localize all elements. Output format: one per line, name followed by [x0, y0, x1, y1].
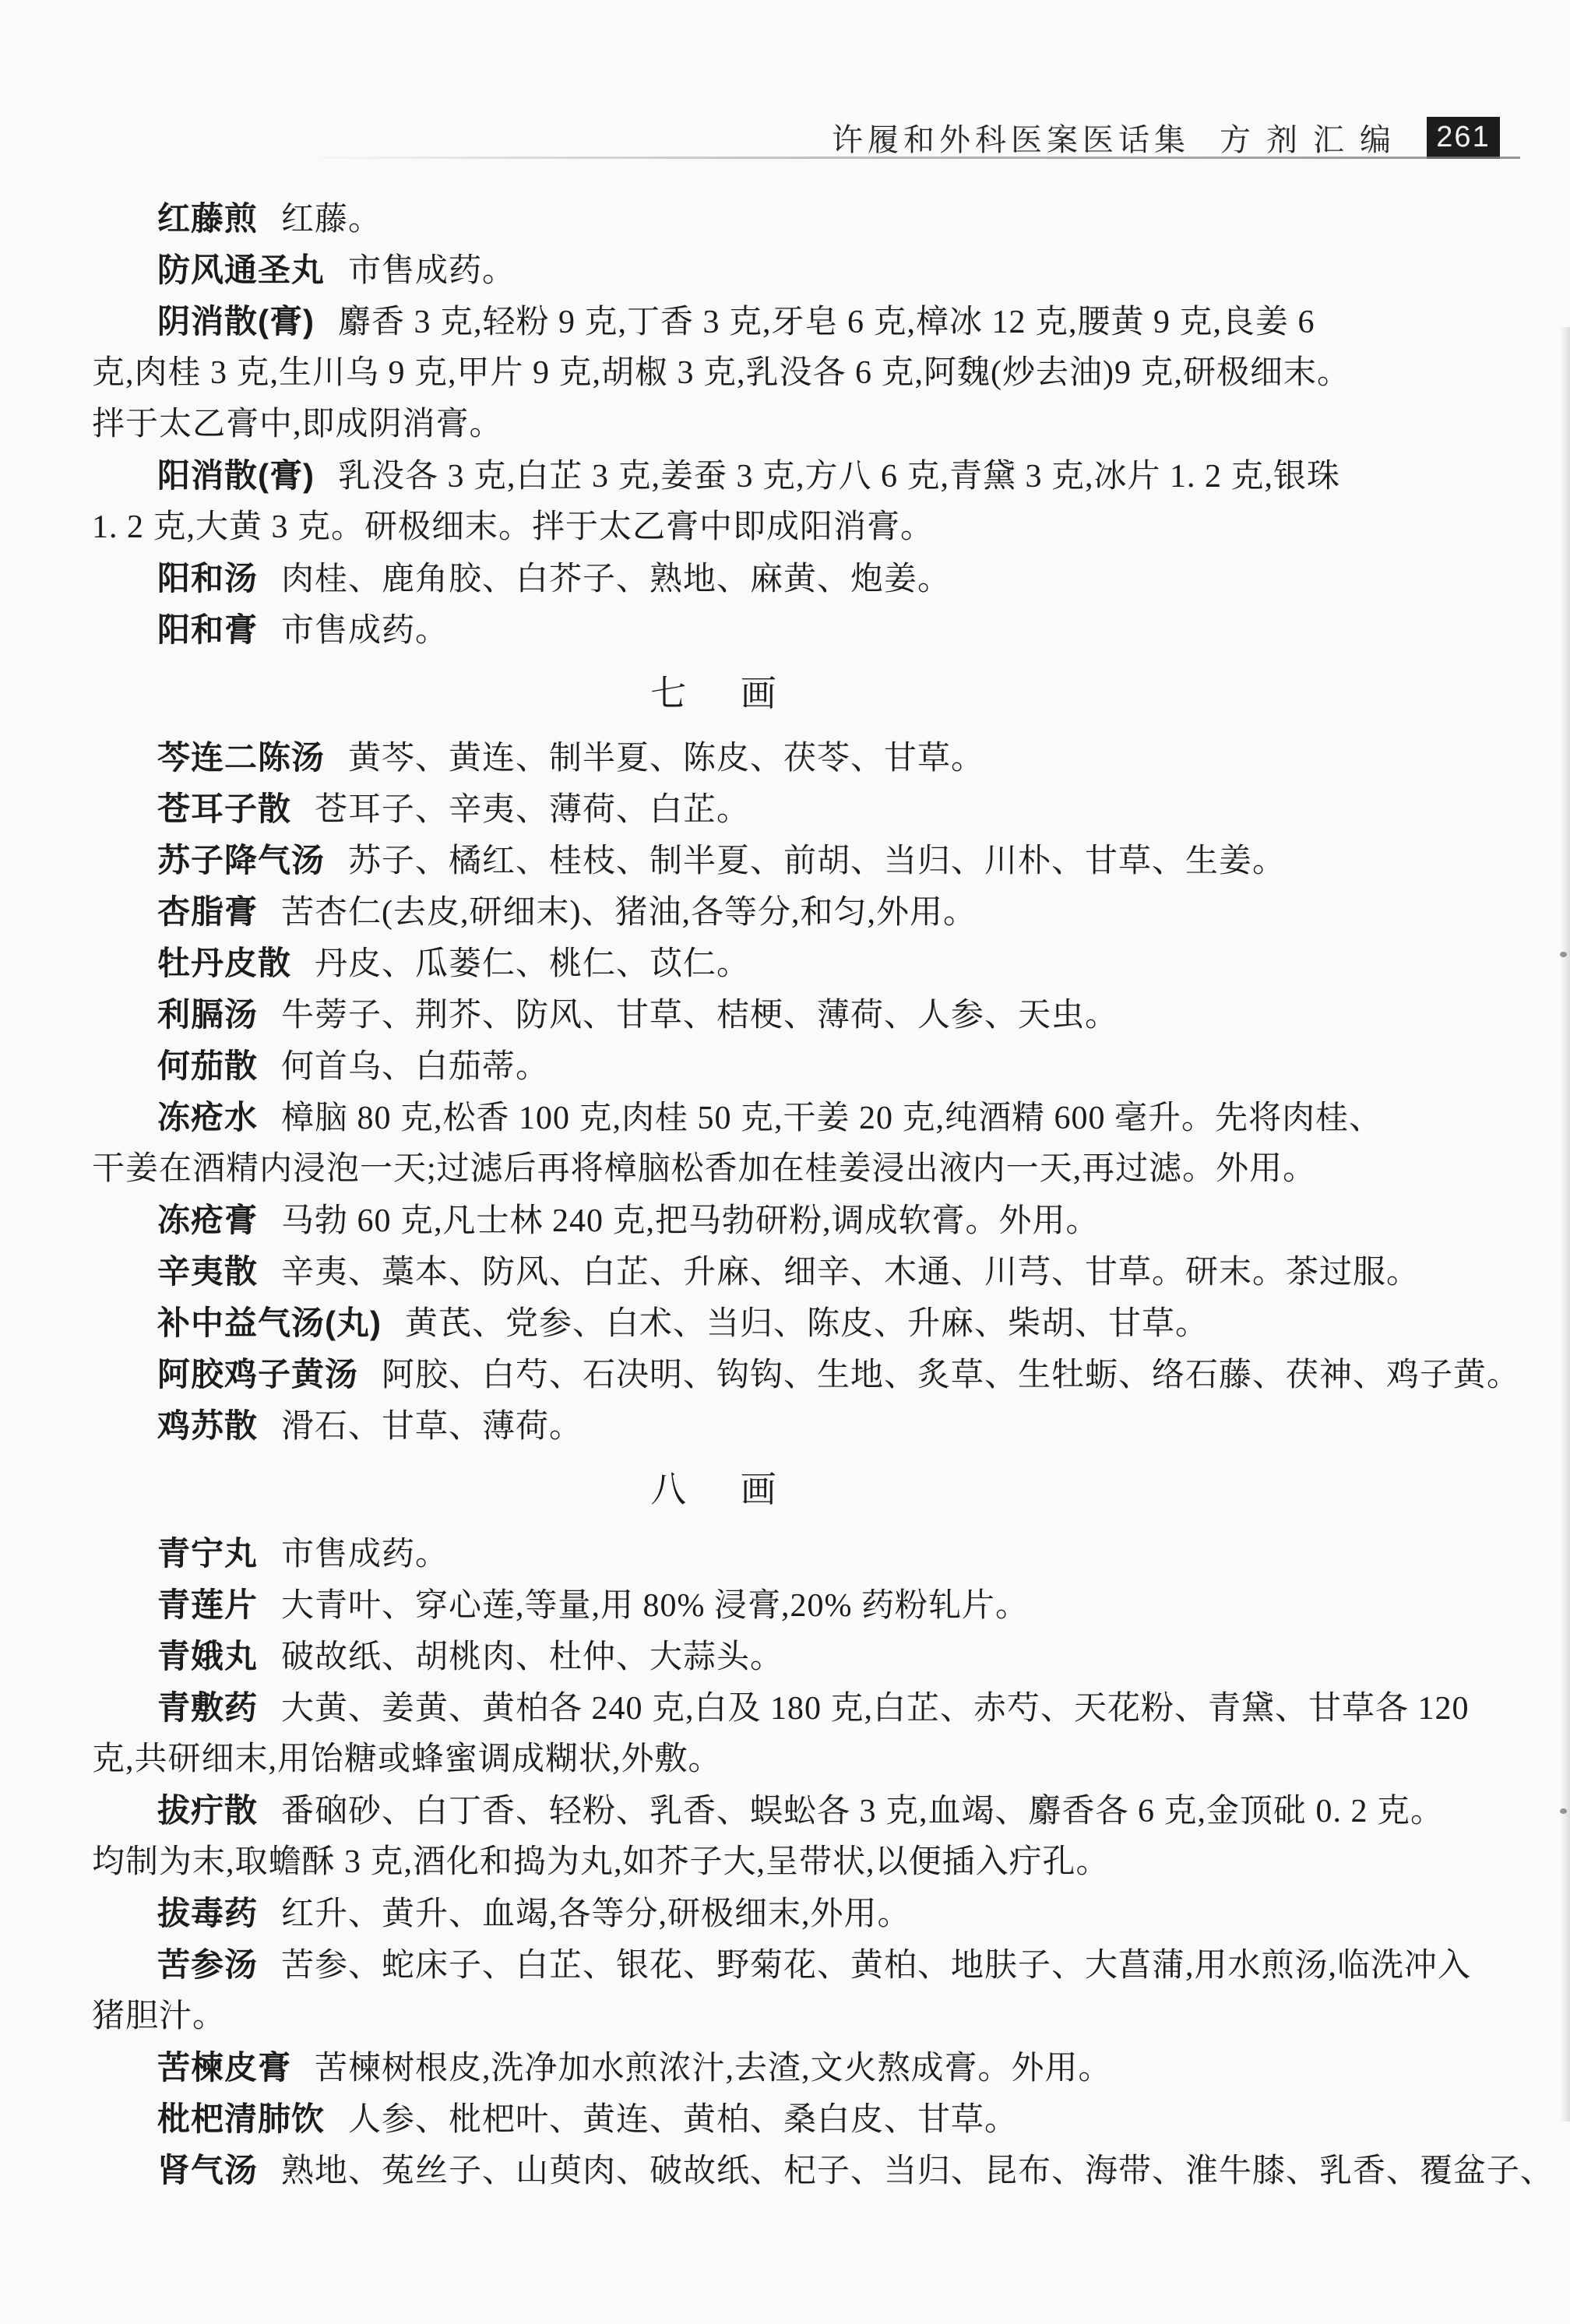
- formula-ingredients-text: 均制为末,取蟾酥 3 克,酒化和捣为丸,如芥子大,呈带状,以便插入疔孔。: [92, 1844, 1110, 1880]
- formula-name: 苦参汤: [157, 1946, 258, 1983]
- scan-speck: [1560, 1808, 1567, 1814]
- formula-name: 辛夷散: [157, 1253, 258, 1290]
- formula-name: 芩连二陈汤: [157, 739, 325, 776]
- formula-ingredients-text: 红藤。: [281, 202, 382, 238]
- formula-ingredients-text: 市售成药。: [281, 1537, 449, 1572]
- formula-ingredients-text: 大黄、姜黄、黄柏各 240 克,白及 180 克,白芷、赤芍、天花粉、青黛、甘草…: [281, 1691, 1470, 1727]
- formula-name: 阿胶鸡子黄汤: [157, 1356, 358, 1393]
- formula-ingredients-text: 阿胶、白芍、石决明、钩钩、生地、炙草、生牡蛎、络石藤、茯神、鸡子黄。: [382, 1357, 1520, 1393]
- formula-ingredients-text: 黄芩、黄连、制半夏、陈皮、茯苓、甘草。: [348, 741, 984, 776]
- formula-name: 阴消散(膏): [157, 303, 315, 340]
- formula-entry-line: 何茄散何首乌、白茄蒂。: [92, 1041, 1519, 1092]
- formula-name: 苍耳子散: [157, 791, 291, 827]
- formula-ingredients-text: 红升、黄升、血竭,各等分,研极细末,外用。: [281, 1896, 911, 1932]
- formula-entry-line: 青莲片大青叶、穿心莲,等量,用 80% 浸膏,20% 药粉轧片。: [92, 1579, 1519, 1631]
- formula-entry-line: 肾气汤熟地、菟丝子、山萸肉、破故纸、杞子、当归、昆布、海带、淮牛膝、乳香、覆盆子…: [92, 2145, 1519, 2196]
- formula-name: 红藤煎: [157, 200, 258, 237]
- formula-name: 青敷药: [157, 1689, 258, 1726]
- formula-entry-line: 苏子降气汤苏子、橘红、桂枝、制半夏、前胡、当归、川朴、甘草、生姜。: [92, 835, 1519, 886]
- formula-entry-line: 青敷药大黄、姜黄、黄柏各 240 克,白及 180 克,白芷、赤芍、天花粉、青黛…: [92, 1682, 1519, 1734]
- formula-entry-line: 阳和汤肉桂、鹿角胶、白芥子、熟地、麻黄、炮姜。: [92, 553, 1519, 604]
- formula-entry-line: 苍耳子散苍耳子、辛夷、薄荷、白芷。: [92, 783, 1519, 835]
- formula-ingredients-text: 克,肉桂 3 克,生川乌 9 克,甲片 9 克,胡椒 3 克,乳没各 6 克,阿…: [92, 355, 1350, 391]
- continuation-line: 克,共研细末,用饴糖或蜂蜜调成糊状,外敷。: [92, 1734, 1519, 1785]
- formula-ingredients-text: 市售成药。: [348, 253, 516, 289]
- formula-ingredients-text: 苦楝树根皮,洗净加水煎浓汁,去渣,文火熬成膏。外用。: [315, 2051, 1112, 2086]
- formula-entry-line: 杏脂膏苦杏仁(去皮,研细末)、猪油,各等分,和匀,外用。: [92, 886, 1519, 938]
- formula-name: 枇杷清肺饮: [157, 2100, 325, 2137]
- formula-entry-line: 拔疔散番硇砂、白丁香、轻粉、乳香、蜈蚣各 3 克,血竭、麝香各 6 克,金顶砒 …: [92, 1785, 1519, 1836]
- header-divider-rule: [302, 157, 1520, 159]
- section-title: 方剂汇编: [1220, 115, 1406, 160]
- formula-name: 何茄散: [157, 1048, 258, 1084]
- continuation-line: 拌于太乙膏中,即成阴消膏。: [92, 399, 1519, 450]
- continuation-line: 1. 2 克,大黄 3 克。研极细末。拌于太乙膏中即成阳消膏。: [92, 502, 1519, 553]
- formula-ingredients-text: 苦杏仁(去皮,研细末)、猪油,各等分,和匀,外用。: [281, 895, 977, 931]
- formula-name: 牡丹皮散: [157, 945, 291, 981]
- formula-entry-line: 冻疮膏马勃 60 克,凡士林 240 克,把马勃研粉,调成软膏。外用。: [92, 1195, 1519, 1246]
- formula-entry-line: 补中益气汤(丸)黄芪、党参、白术、当归、陈皮、升麻、柴胡、甘草。: [92, 1298, 1519, 1349]
- formula-entry-line: 苦楝皮膏苦楝树根皮,洗净加水煎浓汁,去渣,文火熬成膏。外用。: [92, 2042, 1519, 2093]
- continuation-line: 均制为末,取蟾酥 3 克,酒化和捣为丸,如芥子大,呈带状,以便插入疔孔。: [92, 1836, 1519, 1888]
- formula-ingredients-text: 马勃 60 克,凡士林 240 克,把马勃研粉,调成软膏。外用。: [281, 1203, 1100, 1239]
- formula-name: 鸡苏散: [157, 1407, 258, 1444]
- formula-entry-line: 辛夷散辛夷、藁本、防风、白芷、升麻、细辛、木通、川芎、甘草。研末。茶过服。: [92, 1246, 1519, 1298]
- formula-ingredients-text: 大青叶、穿心莲,等量,用 80% 浸膏,20% 药粉轧片。: [281, 1588, 1029, 1624]
- formula-entry-line: 阴消散(膏)麝香 3 克,轻粉 9 克,丁香 3 克,牙皂 6 克,樟冰 12 …: [92, 296, 1519, 347]
- formula-ingredients-text: 辛夷、藁本、防风、白芷、升麻、细辛、木通、川芎、甘草。研末。茶过服。: [281, 1255, 1420, 1291]
- formula-ingredients-text: 苍耳子、辛夷、薄荷、白芷。: [315, 792, 750, 828]
- formula-ingredients-text: 拌于太乙膏中,即成阴消膏。: [92, 407, 503, 442]
- formula-entry-line: 阳消散(膏)乳没各 3 克,白芷 3 克,姜蚕 3 克,方八 6 克,青黛 3 …: [92, 450, 1519, 502]
- formula-ingredients-text: 何首乌、白茄蒂。: [281, 1049, 549, 1085]
- formula-name: 利膈汤: [157, 996, 258, 1033]
- formula-name: 冻疮水: [157, 1099, 258, 1136]
- scanned-book-page: 许履和外科医案医话集 方剂汇编 261 红藤煎红藤。防风通圣丸市售成药。阴消散(…: [0, 0, 1570, 2324]
- continuation-line: 克,肉桂 3 克,生川乌 9 克,甲片 9 克,胡椒 3 克,乳没各 6 克,阿…: [92, 347, 1519, 399]
- formula-ingredients-text: 市售成药。: [281, 613, 449, 649]
- formula-name: 苏子降气汤: [157, 842, 325, 879]
- formula-entry-line: 红藤煎红藤。: [92, 193, 1519, 245]
- page-number-badge: 261: [1427, 117, 1500, 159]
- formula-ingredients-text: 1. 2 克,大黄 3 克。研极细末。拌于太乙膏中即成阳消膏。: [92, 509, 934, 545]
- formula-entry-line: 芩连二陈汤黄芩、黄连、制半夏、陈皮、茯苓、甘草。: [92, 732, 1519, 783]
- formula-name: 补中益气汤(丸): [157, 1305, 382, 1341]
- formula-name: 苦楝皮膏: [157, 2049, 291, 2086]
- formula-name: 防风通圣丸: [157, 252, 325, 288]
- formula-ingredients-text: 熟地、菟丝子、山萸肉、破故纸、杞子、当归、昆布、海带、淮牛膝、乳香、覆盆子、: [281, 2153, 1554, 2189]
- formula-name: 拔疔散: [157, 1792, 258, 1829]
- formula-ingredients-text: 乳没各 3 克,白芷 3 克,姜蚕 3 克,方八 6 克,青黛 3 克,冰片 1…: [338, 459, 1340, 495]
- formula-ingredients-text: 樟脑 80 克,松香 100 克,肉桂 50 克,干姜 20 克,纯酒精 600…: [281, 1100, 1382, 1136]
- stroke-count-section-heading: 八 画: [0, 1452, 1427, 1528]
- formula-ingredients-text: 麝香 3 克,轻粉 9 克,丁香 3 克,牙皂 6 克,樟冰 12 克,腰黄 9…: [338, 305, 1315, 340]
- formula-ingredients-text: 苦参、蛇床子、白芷、银花、野菊花、黄柏、地肤子、大菖蒲,用水煎汤,临洗冲入: [281, 1948, 1471, 1984]
- formula-name: 冻疮膏: [157, 1202, 258, 1238]
- formula-name: 青莲片: [157, 1586, 258, 1623]
- scan-speck: [1560, 952, 1567, 957]
- formula-ingredients-text: 番硇砂、白丁香、轻粉、乳香、蜈蚣各 3 克,血竭、麝香各 6 克,金顶砒 0. …: [281, 1794, 1444, 1829]
- formula-name: 阳消散(膏): [157, 457, 315, 494]
- formula-ingredients-text: 牛蒡子、荆芥、防风、甘草、桔梗、薄荷、人参、天虫。: [281, 998, 1118, 1033]
- formula-ingredients-text: 滑石、甘草、薄荷。: [281, 1409, 583, 1445]
- formula-ingredients-text: 苏子、橘红、桂枝、制半夏、前胡、当归、川朴、甘草、生姜。: [348, 843, 1286, 879]
- formula-ingredients-text: 破故纸、胡桃肉、杜仲、大蒜头。: [281, 1639, 783, 1675]
- formula-name: 肾气汤: [157, 2152, 258, 2188]
- formula-entry-line: 阳和膏市售成药。: [92, 604, 1519, 656]
- formula-ingredients-text: 黄芪、党参、白术、当归、陈皮、升麻、柴胡、甘草。: [405, 1306, 1209, 1342]
- book-title: 许履和外科医案医话集: [832, 115, 1190, 160]
- formula-name: 拔毒药: [157, 1895, 258, 1931]
- formula-entry-line: 冻疮水樟脑 80 克,松香 100 克,肉桂 50 克,干姜 20 克,纯酒精 …: [92, 1092, 1519, 1143]
- formula-name: 杏脂膏: [157, 893, 258, 930]
- formula-entry-line: 阿胶鸡子黄汤阿胶、白芍、石决明、钩钩、生地、炙草、生牡蛎、络石藤、茯神、鸡子黄。: [92, 1349, 1519, 1400]
- formula-name: 青宁丸: [157, 1535, 258, 1572]
- continuation-line: 干姜在酒精内浸泡一天;过滤后再将樟脑松香加在桂姜浸出液内一天,再过滤。外用。: [92, 1143, 1519, 1195]
- formula-entry-line: 青宁丸市售成药。: [92, 1528, 1519, 1579]
- formula-entry-line: 利膈汤牛蒡子、荆芥、防风、甘草、桔梗、薄荷、人参、天虫。: [92, 989, 1519, 1041]
- formula-entry-line: 青娥丸破故纸、胡桃肉、杜仲、大蒜头。: [92, 1631, 1519, 1682]
- scan-edge-shadow: [1561, 327, 1570, 2122]
- formula-entry-line: 拔毒药红升、黄升、血竭,各等分,研极细末,外用。: [92, 1888, 1519, 1939]
- formula-ingredients-text: 丹皮、瓜蒌仁、桃仁、苡仁。: [315, 946, 750, 982]
- page-body: 红藤煎红藤。防风通圣丸市售成药。阴消散(膏)麝香 3 克,轻粉 9 克,丁香 3…: [92, 193, 1519, 2196]
- formula-entry-line: 枇杷清肺饮人参、枇杷叶、黄连、黄柏、桑白皮、甘草。: [92, 2093, 1519, 2145]
- formula-ingredients-text: 猪胆汁。: [92, 1998, 226, 2034]
- continuation-line: 猪胆汁。: [92, 1991, 1519, 2042]
- formula-entry-line: 防风通圣丸市售成药。: [92, 245, 1519, 296]
- formula-ingredients-text: 人参、枇杷叶、黄连、黄柏、桑白皮、甘草。: [348, 2102, 1018, 2138]
- formula-entry-line: 牡丹皮散丹皮、瓜蒌仁、桃仁、苡仁。: [92, 938, 1519, 989]
- formula-entry-line: 鸡苏散滑石、甘草、薄荷。: [92, 1400, 1519, 1452]
- stroke-count-section-heading: 七 画: [0, 656, 1427, 732]
- formula-ingredients-text: 干姜在酒精内浸泡一天;过滤后再将樟脑松香加在桂姜浸出液内一天,再过滤。外用。: [92, 1151, 1316, 1187]
- formula-name: 阳和汤: [157, 560, 258, 597]
- formula-entry-line: 苦参汤苦参、蛇床子、白芷、银花、野菊花、黄柏、地肤子、大菖蒲,用水煎汤,临洗冲入: [92, 1939, 1519, 1991]
- formula-name: 阳和膏: [157, 611, 258, 648]
- running-header: 许履和外科医案医话集 方剂汇编 261: [0, 115, 1500, 160]
- formula-ingredients-text: 肉桂、鹿角胶、白芥子、熟地、麻黄、炮姜。: [281, 562, 951, 597]
- formula-name: 青娥丸: [157, 1638, 258, 1674]
- formula-ingredients-text: 克,共研细末,用饴糖或蜂蜜调成糊状,外敷。: [92, 1741, 722, 1777]
